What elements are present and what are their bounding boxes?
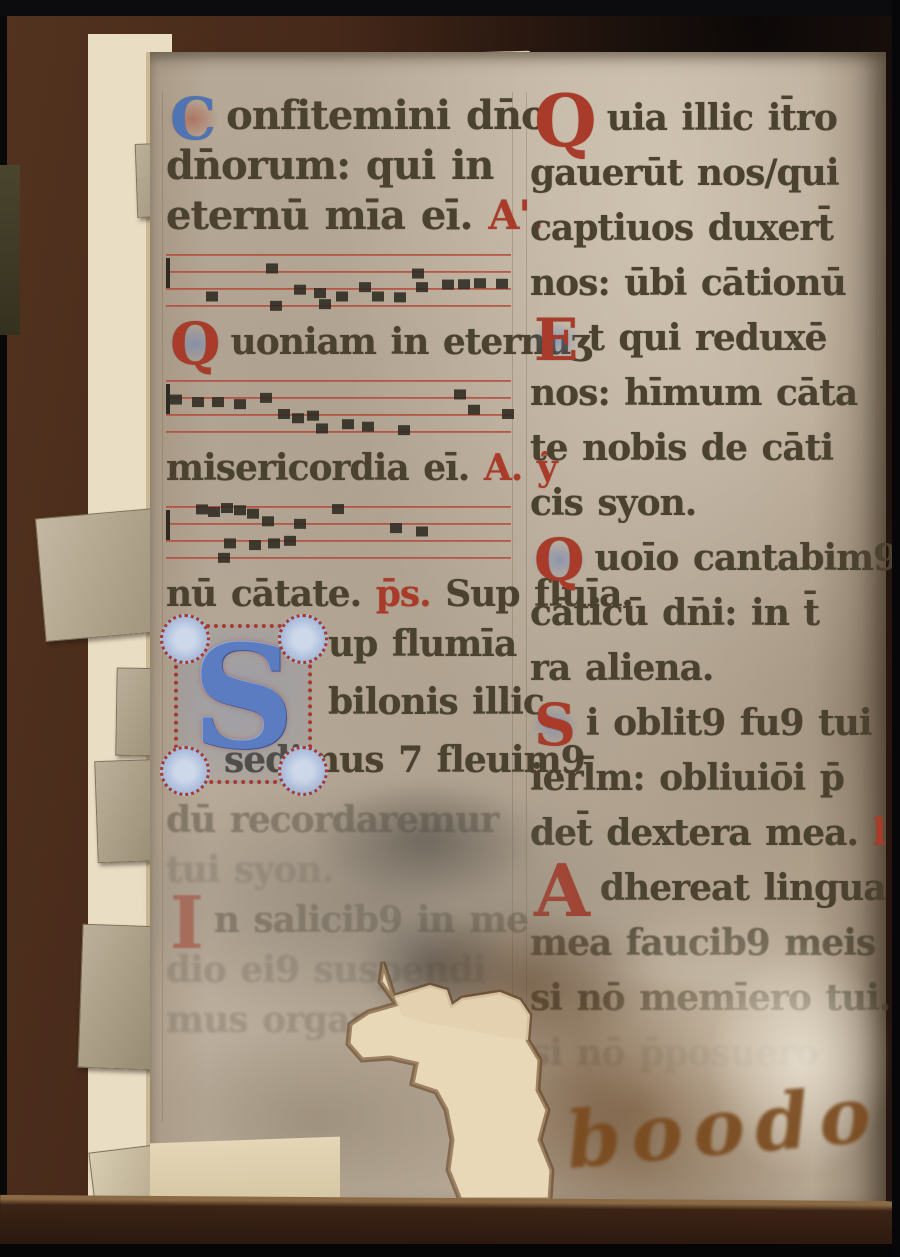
neume-note: [266, 263, 278, 273]
music-staff: [166, 370, 518, 442]
neume-note: [362, 422, 374, 432]
illuminated-initial: Q: [166, 324, 224, 364]
neume-note: [307, 411, 319, 421]
neume-note: [394, 292, 406, 302]
text-line: up flumīa: [328, 620, 518, 678]
neume-note: [412, 269, 424, 279]
body-text: dhereat lingua: [600, 867, 886, 909]
body-text: dn̄orum: qui in: [166, 142, 493, 189]
body-text: dio ei9 suspendi: [166, 949, 485, 991]
body-text: nos: hīmum cāta: [530, 372, 857, 414]
text-column-right: Quia illic it̄rogauerūt nos/quicaptiuos…: [530, 92, 882, 1082]
music-staff: [166, 244, 518, 316]
text-line: dio ei9 suspendi: [166, 946, 518, 996]
rubric-text: p̄s.: [376, 573, 446, 615]
ruling-line: [162, 92, 163, 1122]
neume-note: [234, 505, 246, 515]
large-illuminated-initial-block: Sup flumīabilonis illicsedimus 7 fleuim…: [166, 620, 518, 796]
text-line: captiuos duxert̄: [530, 202, 882, 257]
text-line: si nō memīero tui.: [530, 972, 882, 1027]
neume-note: [294, 519, 306, 529]
neume-note: [208, 507, 220, 517]
text-column-left: Confitemini dn̄odn̄orum: qui ineternū m…: [166, 92, 518, 1046]
body-text: uoīo cantabim9: [595, 537, 898, 579]
text-line: misericordia eī. A. ỹ: [166, 444, 518, 494]
neume-note: [468, 405, 480, 415]
body-text: si nō memīero tui.: [530, 977, 890, 1019]
cover-edge-sliver: [0, 165, 20, 335]
body-text: nū cātate.: [166, 573, 376, 615]
body-text: cāticū dn̄i: in t̄: [530, 592, 819, 634]
neume-note: [496, 279, 508, 289]
illuminated-initial: S: [530, 705, 579, 745]
neume-note: [247, 509, 259, 519]
body-text: bilonis illic: [328, 681, 544, 723]
text-line: Confitemini dn̄o: [166, 92, 518, 142]
body-text: misericordia eī.: [166, 447, 484, 489]
neume-note: [314, 288, 326, 298]
neume-note: [359, 282, 371, 292]
neume-note: [224, 538, 236, 548]
neume-note: [442, 280, 454, 290]
neume-note: [249, 540, 261, 550]
neume-note: [294, 285, 306, 295]
neume-note: [260, 393, 272, 403]
body-text: ierl̄m: obliuiōi p̄: [530, 757, 844, 799]
neume-note: [221, 503, 233, 513]
body-text: gauerūt nos/qui: [530, 152, 839, 194]
illuminated-initial: C: [166, 99, 219, 139]
text-line: Si oblit9 fu9 tui: [530, 697, 882, 752]
neume-note: [398, 425, 410, 435]
body-text: captiuos duxert̄: [530, 207, 833, 249]
body-text: te nobis de cāti: [530, 427, 833, 469]
neume-note: [284, 536, 296, 546]
body-text: up flumīa: [328, 623, 516, 665]
body-text: ra aliena.: [530, 647, 713, 689]
illuminated-initial: A: [530, 871, 593, 911]
body-text: eternū mīa eī.: [166, 192, 488, 239]
neume-note: [192, 397, 204, 407]
background-right-edge: [892, 0, 900, 1257]
text-line: In salicib9 in me: [166, 896, 518, 946]
text-line: cis syon.: [530, 477, 882, 532]
manuscript-page: Confitemini dn̄odn̄orum: qui ineternū m…: [150, 52, 886, 1212]
body-text: mea faucib9 meis: [530, 922, 875, 964]
illuminated-initial: Q: [530, 540, 588, 580]
neume-note: [502, 409, 514, 419]
body-text: uia illic it̄ro: [607, 97, 837, 139]
text-line: ierl̄m: obliuiōi p̄: [530, 752, 882, 807]
text-line: nos: hīmum cāta: [530, 367, 882, 422]
neume-note: [218, 553, 230, 563]
text-line: tui syon.: [166, 846, 518, 896]
rubric-text: l: [858, 812, 885, 854]
neume-note: [332, 504, 344, 514]
neume-note: [268, 538, 280, 548]
neume-note: [336, 292, 348, 302]
neume-note: [458, 279, 470, 289]
body-text: nos: ūbi cātionū: [530, 262, 846, 304]
neume-note: [372, 292, 384, 302]
neume-note: [270, 301, 282, 311]
text-line: dn̄orum: qui in: [166, 142, 518, 192]
neume-note: [454, 389, 466, 399]
neume-note: [278, 409, 290, 419]
body-text: n salicib9 in me: [214, 899, 528, 941]
manuscript-photo: { "meta": { "description": "Photograph o…: [0, 0, 900, 1257]
neume-note: [206, 292, 218, 302]
text-line: Quoīo cantabim9: [530, 532, 882, 587]
neume-note: [262, 516, 274, 526]
body-text: i oblit9 fu9 tui: [586, 702, 872, 744]
text-line: dū recordaremur: [166, 796, 518, 846]
body-text: dū recordaremur: [166, 799, 498, 841]
initial-letter: S: [192, 618, 295, 778]
illuminated-initial: Q: [530, 101, 600, 141]
music-staff: [166, 496, 518, 568]
neume-note: [292, 413, 304, 423]
body-text: cis syon.: [530, 482, 696, 524]
text-line: cāticū dn̄i: in t̄: [530, 587, 882, 642]
text-line: Quoniam in eternuʒ: [166, 318, 518, 368]
text-line: Adhereat lingua: [530, 862, 882, 917]
text-line: Et qui reduxē: [530, 312, 882, 367]
neume-note: [416, 527, 428, 537]
text-line: eternū mīa eī. A'.: [166, 192, 518, 242]
neume-note: [196, 504, 208, 514]
body-text: t qui reduxē: [588, 317, 826, 359]
text-line: te nobis de cāti: [530, 422, 882, 477]
neume-note: [342, 419, 354, 429]
text-line: gauerūt nos/qui: [530, 147, 882, 202]
neume-note: [212, 397, 224, 407]
neume-note: [416, 282, 428, 292]
neume-note: [390, 523, 402, 533]
neume-note: [234, 399, 246, 409]
rubric-text: A.: [484, 447, 522, 489]
text-line: bilonis illic: [328, 678, 518, 736]
text-line: Quia illic it̄ro: [530, 92, 882, 147]
text-line: nos: ūbi cātionū: [530, 257, 882, 312]
text-line: nū cātate. p̄s. Sup fluīa.: [166, 570, 518, 620]
body-text: mus organa nr̄a.: [166, 999, 489, 1041]
neume-note: [474, 278, 486, 288]
text-line: mea faucib9 meis: [530, 917, 882, 972]
neume-note: [316, 423, 328, 433]
background-top-edge: [0, 0, 900, 16]
initial-ornament: S: [160, 614, 328, 796]
body-text: onfitemini dn̄o: [226, 92, 547, 139]
illuminated-initial: I: [166, 903, 207, 943]
neume-note: [170, 395, 182, 405]
background-bottom-edge: [0, 1244, 900, 1257]
illuminated-initial: E: [530, 320, 581, 360]
parchment-tab: [78, 924, 159, 1071]
neume-note: [319, 299, 331, 309]
text-line: mus organa nr̄a.: [166, 996, 518, 1046]
text-line: ra aliena.: [530, 642, 882, 697]
body-text: si nō p̄posuero: [530, 1032, 818, 1074]
